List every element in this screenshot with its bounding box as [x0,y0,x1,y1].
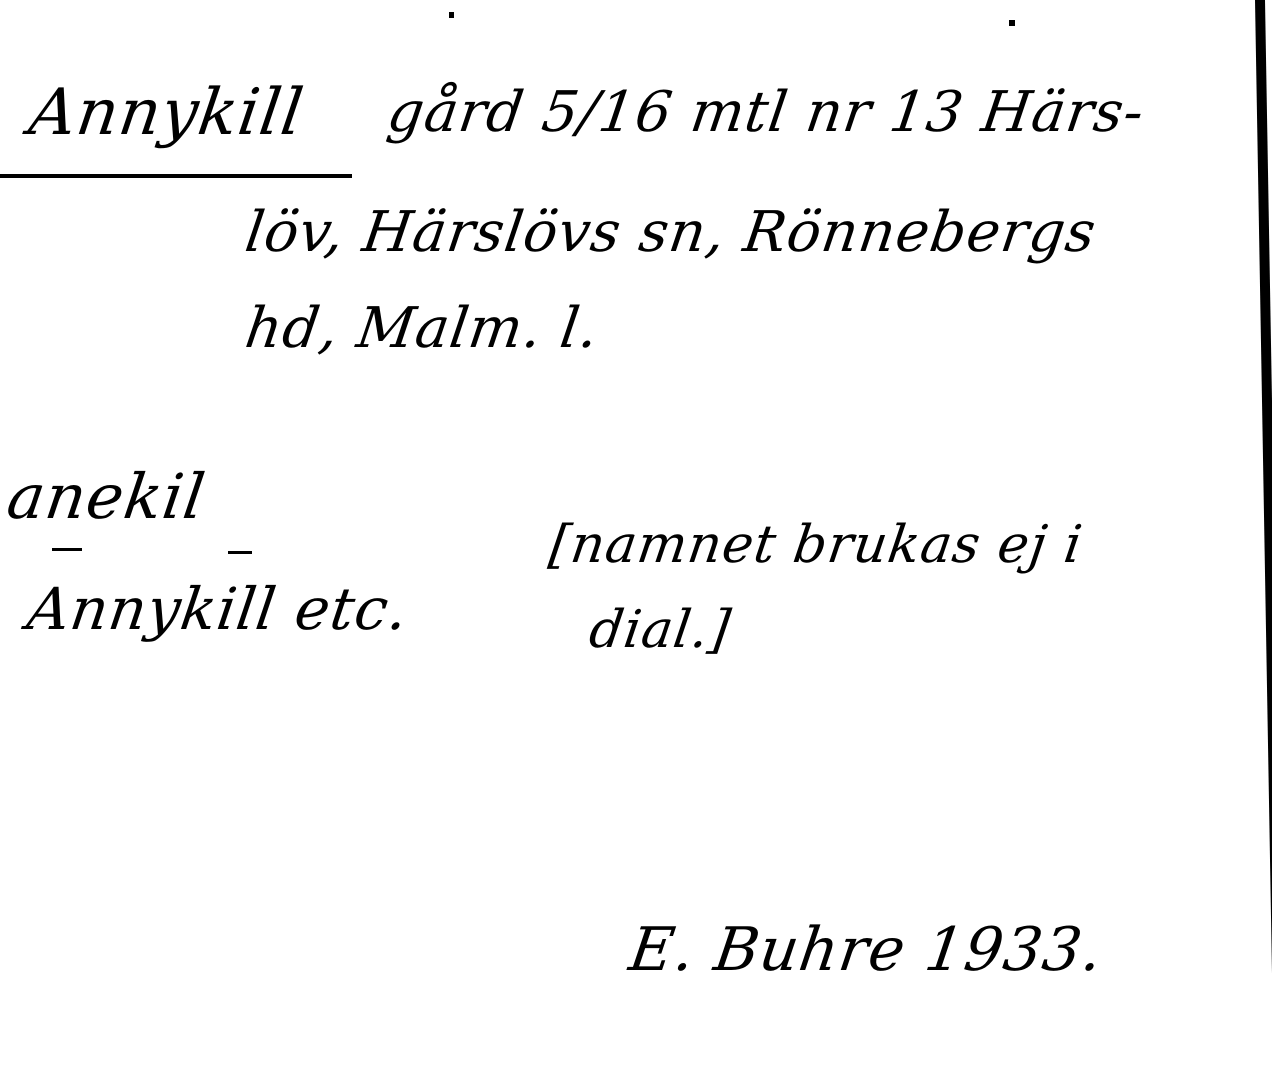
card-right-edge-border [1255,0,1272,1071]
scan-speck [1009,20,1015,26]
entry-line-2: löv, Härslövs sn, Rönnebergs [241,200,1100,265]
note-line-1: [namnet brukas ej i [546,515,1087,575]
entry-line-1: gård 5/16 mtl nr 13 Härs- [383,80,1148,145]
length-mark [52,548,82,551]
pronunciation: anekil [3,460,210,533]
length-mark [228,551,252,554]
note-line-2: dial.] [586,600,735,660]
entry-line-3: hd, Malm. l. [241,296,603,361]
variant-form: Annykill etc. [23,575,413,643]
scan-speck [449,12,454,18]
headword: Annykill [25,76,308,150]
archive-card: Annykill gård 5/16 mtl nr 13 Härs- löv, … [0,0,1272,1071]
collector-signature: E. Buhre 1933. [625,915,1107,985]
headword-underline [0,174,352,178]
